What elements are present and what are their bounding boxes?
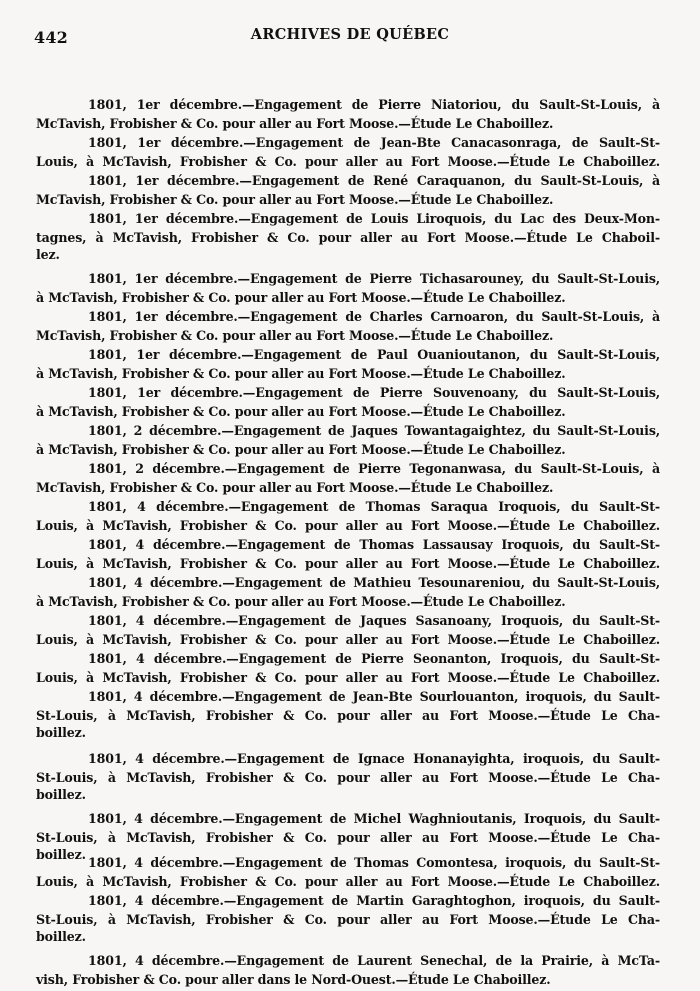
entry-line: boillez.	[36, 725, 86, 741]
entry-line: McTavish, Frobisher & Co. pour aller au …	[36, 328, 553, 344]
entry-line: 1801, 1er décembre.—Engagement de Jean-B…	[88, 135, 660, 151]
entry-line: tagnes, à McTavish, Frobisher & Co. pour…	[36, 230, 660, 246]
entry-line: boillez.	[36, 929, 86, 945]
entry-line: 1801, 4 décembre.—Engagement de Thomas L…	[88, 537, 660, 553]
entry-line: 1801, 1er décembre.—Engagement de Charle…	[88, 309, 660, 325]
entry-line: 1801, 4 décembre.—Engagement de Laurent …	[88, 953, 660, 969]
entry-line: 1801, 4 décembre.—Engagement de Michel W…	[88, 811, 660, 827]
entry-line: 1801, 1er décembre.—Engagement de Louis …	[88, 211, 660, 227]
entry-line: boillez.	[36, 847, 86, 863]
entry-line: 1801, 1er décembre.—Engagement de René C…	[88, 173, 660, 189]
entry-line: à McTavish, Frobisher & Co. pour aller a…	[36, 366, 565, 382]
entry-line: 1801, 1er décembre.—Engagement de Pierre…	[88, 385, 660, 401]
entry-line: Louis, à McTavish, Frobisher & Co. pour …	[36, 874, 660, 890]
entry-line: St-Louis, à McTavish, Frobisher & Co. po…	[36, 912, 660, 928]
entry-line: 1801, 4 décembre.—Engagement de Pierre S…	[88, 651, 660, 667]
entry-line: 1801, 4 décembre.—Engagement de Jaques S…	[88, 613, 660, 629]
entry-line: boillez.	[36, 787, 86, 803]
entry-line: lez.	[36, 247, 60, 263]
entry-line: 1801, 4 décembre.—Engagement de Martin G…	[88, 893, 660, 909]
entry-line: Louis, à McTavish, Frobisher & Co. pour …	[36, 556, 660, 572]
entry-line: à McTavish, Frobisher & Co. pour aller a…	[36, 290, 565, 306]
entry-line: 1801, 4 décembre.—Engagement de Thomas C…	[88, 855, 660, 871]
running-title: ARCHIVES DE QUÉBEC	[0, 26, 700, 43]
entry-line: 1801, 4 décembre.—Engagement de Mathieu …	[88, 575, 660, 591]
entry-line: McTavish, Frobisher & Co. pour aller au …	[36, 192, 553, 208]
entry-line: 1801, 2 décembre.—Engagement de Jaques T…	[88, 423, 660, 439]
entry-line: 1801, 2 décembre.—Engagement de Pierre T…	[88, 461, 660, 477]
entry-line: St-Louis, à McTavish, Frobisher & Co. po…	[36, 708, 660, 724]
entry-line: 1801, 1er décembre.—Engagement de Pierre…	[88, 97, 660, 113]
entry-line: McTavish, Frobisher & Co. pour aller au …	[36, 480, 553, 496]
entry-line: à McTavish, Frobisher & Co. pour aller a…	[36, 442, 565, 458]
entry-line: 1801, 1er décembre.—Engagement de Pierre…	[88, 271, 660, 287]
entry-line: St-Louis, à McTavish, Frobisher & Co. po…	[36, 830, 660, 846]
entry-line: Louis, à McTavish, Frobisher & Co. pour …	[36, 518, 660, 534]
entry-line: 1801, 4 décembre.—Engagement de Ignace H…	[88, 751, 660, 767]
entry-line: Louis, à McTavish, Frobisher & Co. pour …	[36, 632, 660, 648]
entry-line: 1801, 4 décembre.—Engagement de Jean-Bte…	[88, 689, 660, 705]
entry-line: Louis, à McTavish, Frobisher & Co. pour …	[36, 670, 660, 686]
entry-line: vish, Frobisher & Co. pour aller dans le…	[36, 972, 551, 988]
entry-line: Louis, à McTavish, Frobisher & Co. pour …	[36, 154, 660, 170]
entry-line: 1801, 4 décembre.—Engagement de Thomas S…	[88, 499, 660, 515]
entry-line: McTavish, Frobisher & Co. pour aller au …	[36, 116, 553, 132]
entry-line: St-Louis, à McTavish, Frobisher & Co. po…	[36, 770, 660, 786]
entry-line: à McTavish, Frobisher & Co. pour aller a…	[36, 404, 565, 420]
entry-line: 1801, 1er décembre.—Engagement de Paul O…	[88, 347, 660, 363]
entry-line: à McTavish, Frobisher & Co. pour aller a…	[36, 594, 565, 610]
